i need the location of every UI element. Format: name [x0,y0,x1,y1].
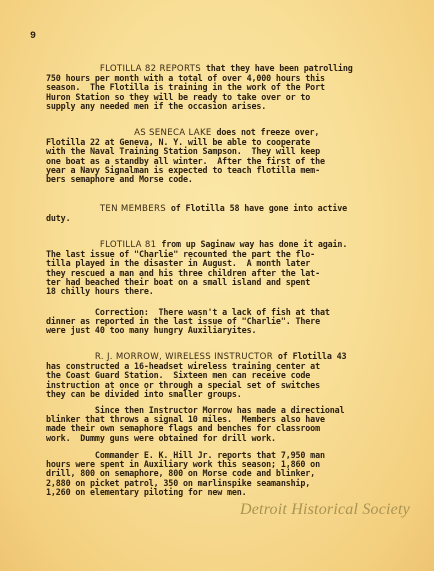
lead-heading: R. J. MORROW, WIRELESS INSTRUCTOR [95,352,273,362]
paragraph-morrow: R. J. MORROW, WIRELESS INSTRUCTOR of Flo… [46,352,346,399]
paragraph-flotilla-81: FLOTILLA 81 from up Saginaw way has done… [46,240,347,296]
paragraph-text: FLOTILLA 81 from up Saginaw way has done… [46,240,347,296]
paragraph-text: Commander E. K. Hill Jr. reports that 7,… [46,451,325,497]
paragraph-seneca-lake: AS SENECA LAKE does not freeze over, Flo… [46,128,325,184]
lead-heading: TEN MEMBERS [100,204,166,214]
paragraph-commander-hill: Commander E. K. Hill Jr. reports that 7,… [46,451,325,497]
paragraph-ten-members: TEN MEMBERS of Flotilla 58 have gone int… [46,204,347,223]
paragraph-correction: Correction: There wasn't a lack of fish … [46,308,330,336]
paragraph-flotilla-82: FLOTILLA 82 REPORTS that they have been … [46,64,353,111]
paragraph-text: Since then Instructor Morrow has made a … [46,406,344,443]
watermark: Detroit Historical Society [240,501,410,519]
lead-heading: AS SENECA LAKE [134,128,212,138]
paragraph-directional-blinker: Since then Instructor Morrow has made a … [46,406,344,443]
paragraph-text: Correction: There wasn't a lack of fish … [46,308,330,336]
lead-heading: FLOTILLA 82 REPORTS [100,64,201,74]
paragraph-text: R. J. MORROW, WIRELESS INSTRUCTOR of Flo… [46,352,346,399]
lead-heading: FLOTILLA 81 [100,240,157,250]
paragraph-text: AS SENECA LAKE does not freeze over, Flo… [46,128,325,184]
paragraph-text: TEN MEMBERS of Flotilla 58 have gone int… [46,204,347,223]
page-number: 9 [30,31,36,42]
paragraph-text: FLOTILLA 82 REPORTS that they have been … [46,64,353,111]
